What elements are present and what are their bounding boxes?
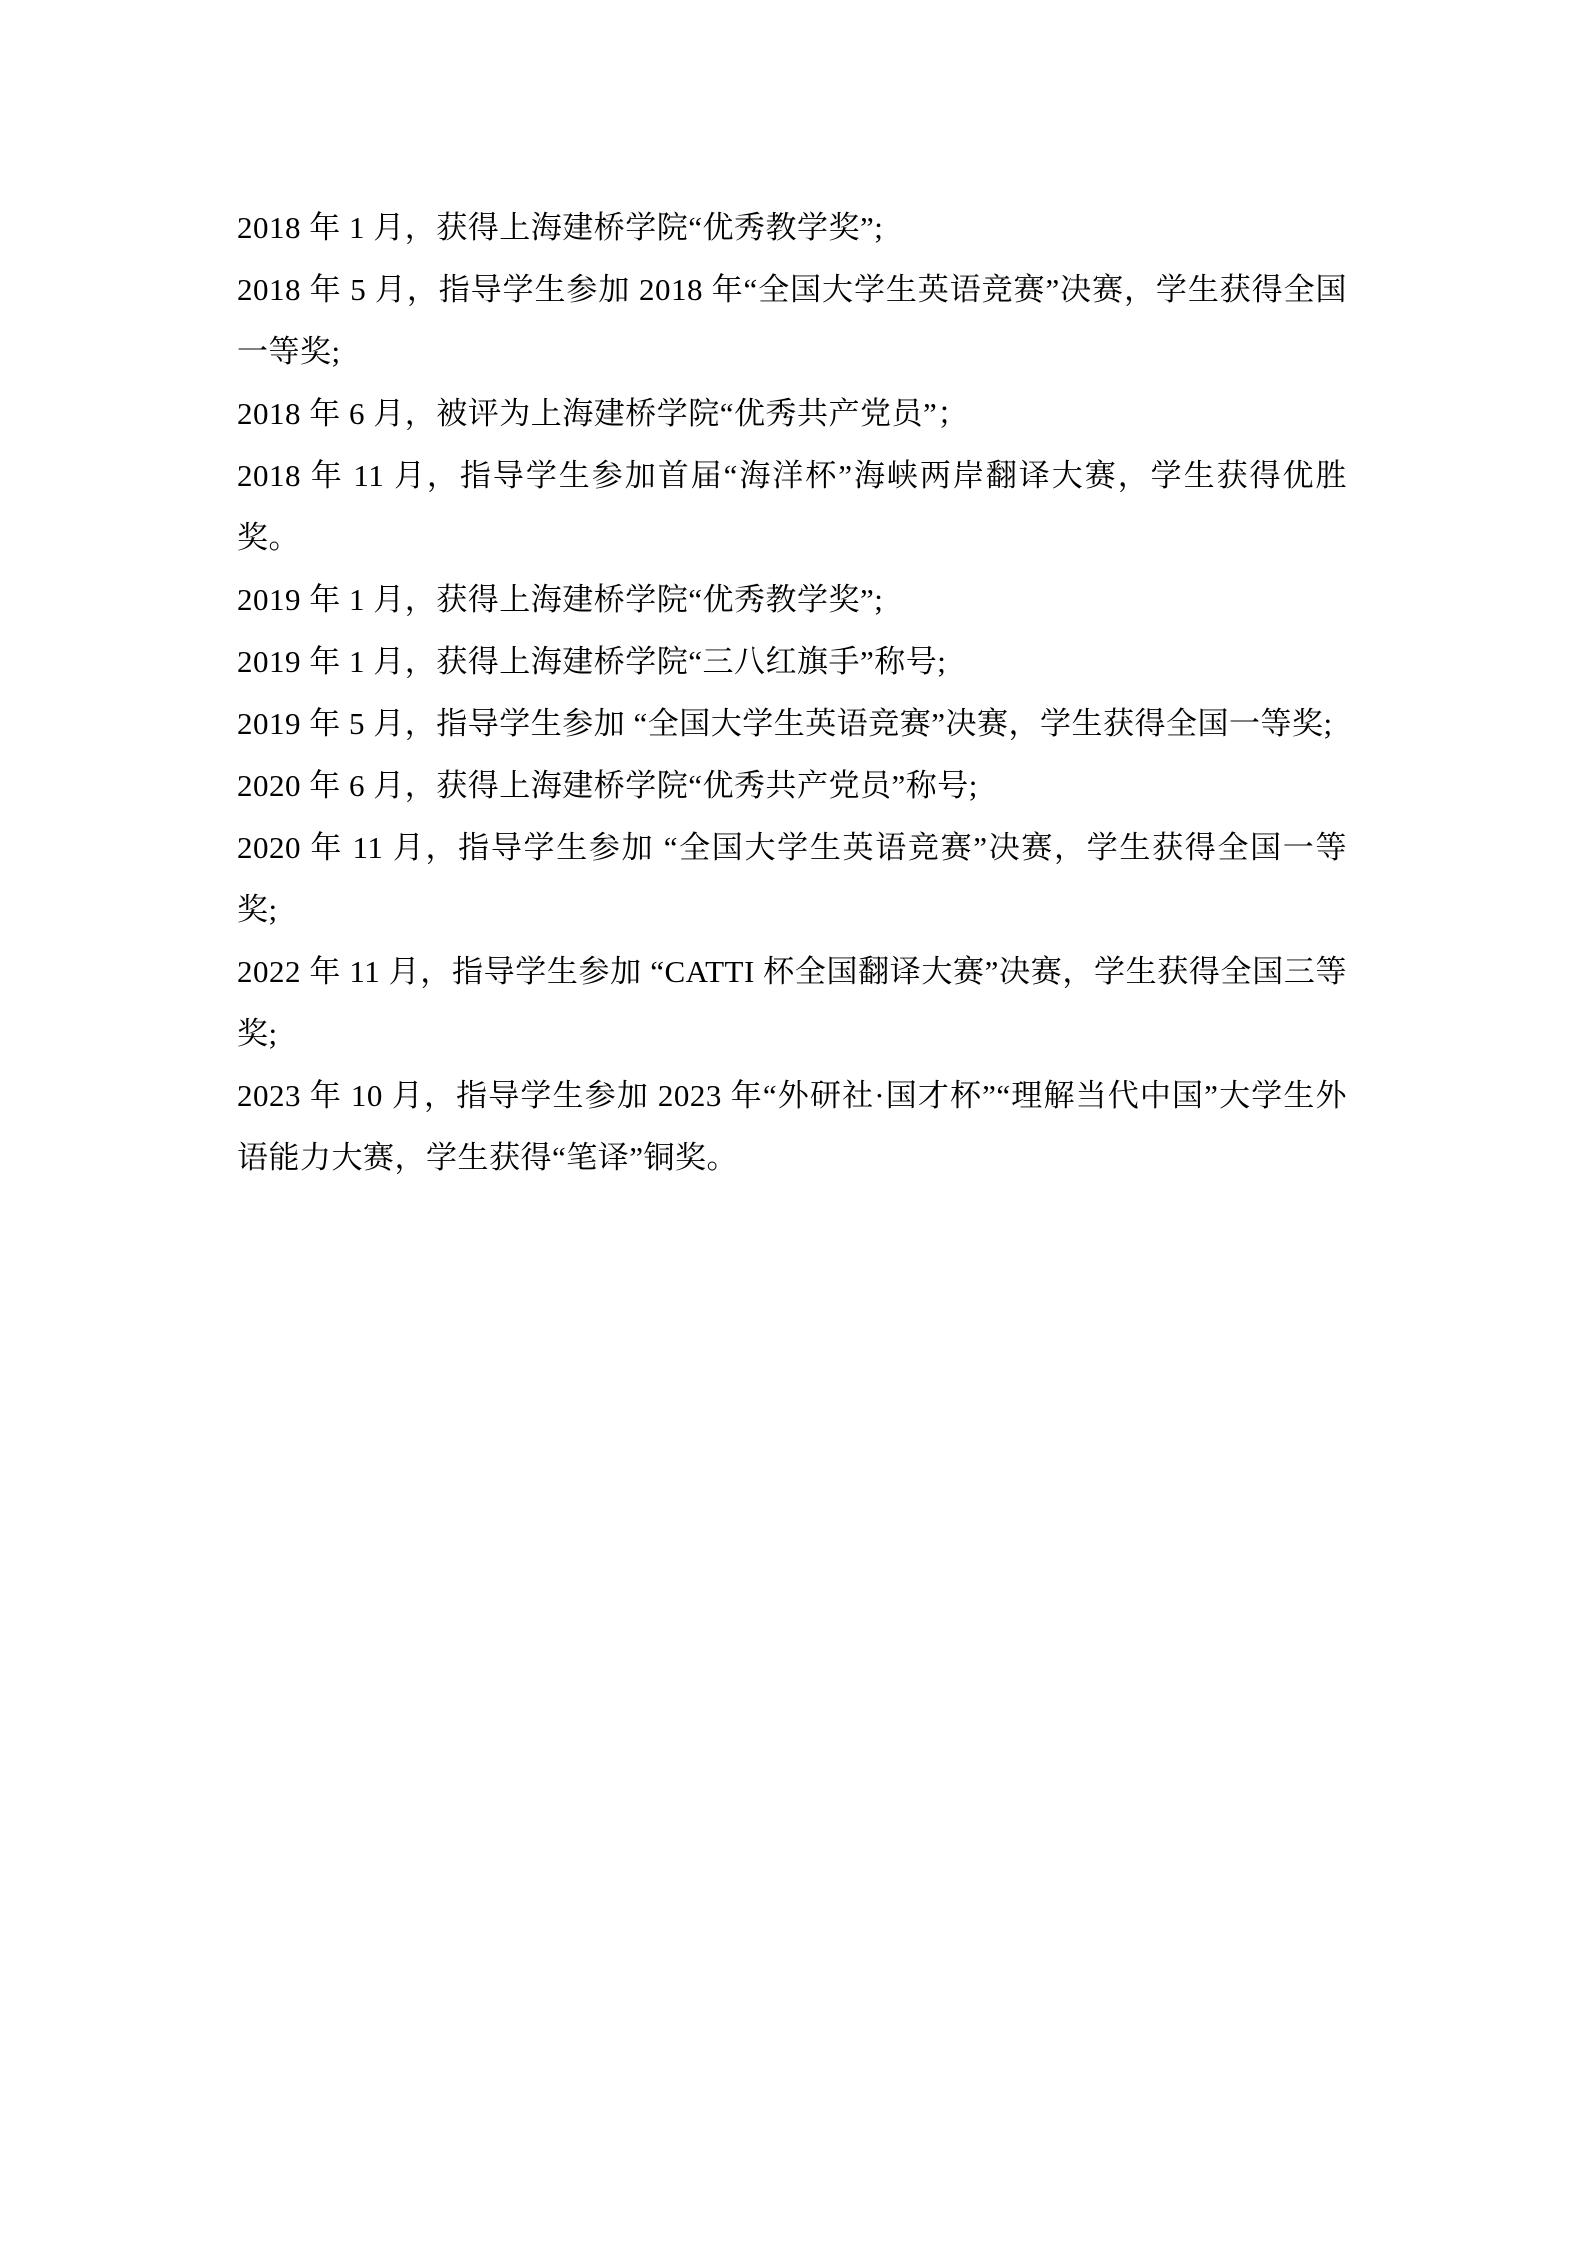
paragraph: 2020 年 11 月，指导学生参加 “全国大学生英语竞赛”决赛，学生获得全国一… [237,817,1347,941]
document-content: 2018 年 1 月，获得上海建桥学院“优秀教学奖”;2018 年 5 月，指导… [237,197,1347,1189]
paragraph: 2023 年 10 月，指导学生参加 2023 年“外研社·国才杯”“理解当代中… [237,1065,1347,1189]
paragraph: 2018 年 5 月，指导学生参加 2018 年“全国大学生英语竞赛”决赛，学生… [237,259,1347,383]
paragraph: 2019 年 1 月，获得上海建桥学院“三八红旗手”称号; [237,631,1347,693]
paragraph: 2022 年 11 月，指导学生参加 “CATTI 杯全国翻译大赛”决赛，学生获… [237,941,1347,1065]
paragraph: 2019 年 1 月，获得上海建桥学院“优秀教学奖”; [237,569,1347,631]
paragraph: 2018 年 11 月，指导学生参加首届“海洋杯”海峡两岸翻译大赛，学生获得优胜… [237,445,1347,569]
paragraph: 2018 年 6 月，被评为上海建桥学院“优秀共产党员”； [237,383,1347,445]
paragraph: 2019 年 5 月，指导学生参加 “全国大学生英语竞赛”决赛，学生获得全国一等… [237,693,1347,755]
paragraph: 2018 年 1 月，获得上海建桥学院“优秀教学奖”; [237,197,1347,259]
document-page: 2018 年 1 月，获得上海建桥学院“优秀教学奖”;2018 年 5 月，指导… [0,0,1587,2245]
paragraph: 2020 年 6 月，获得上海建桥学院“优秀共产党员”称号; [237,755,1347,817]
